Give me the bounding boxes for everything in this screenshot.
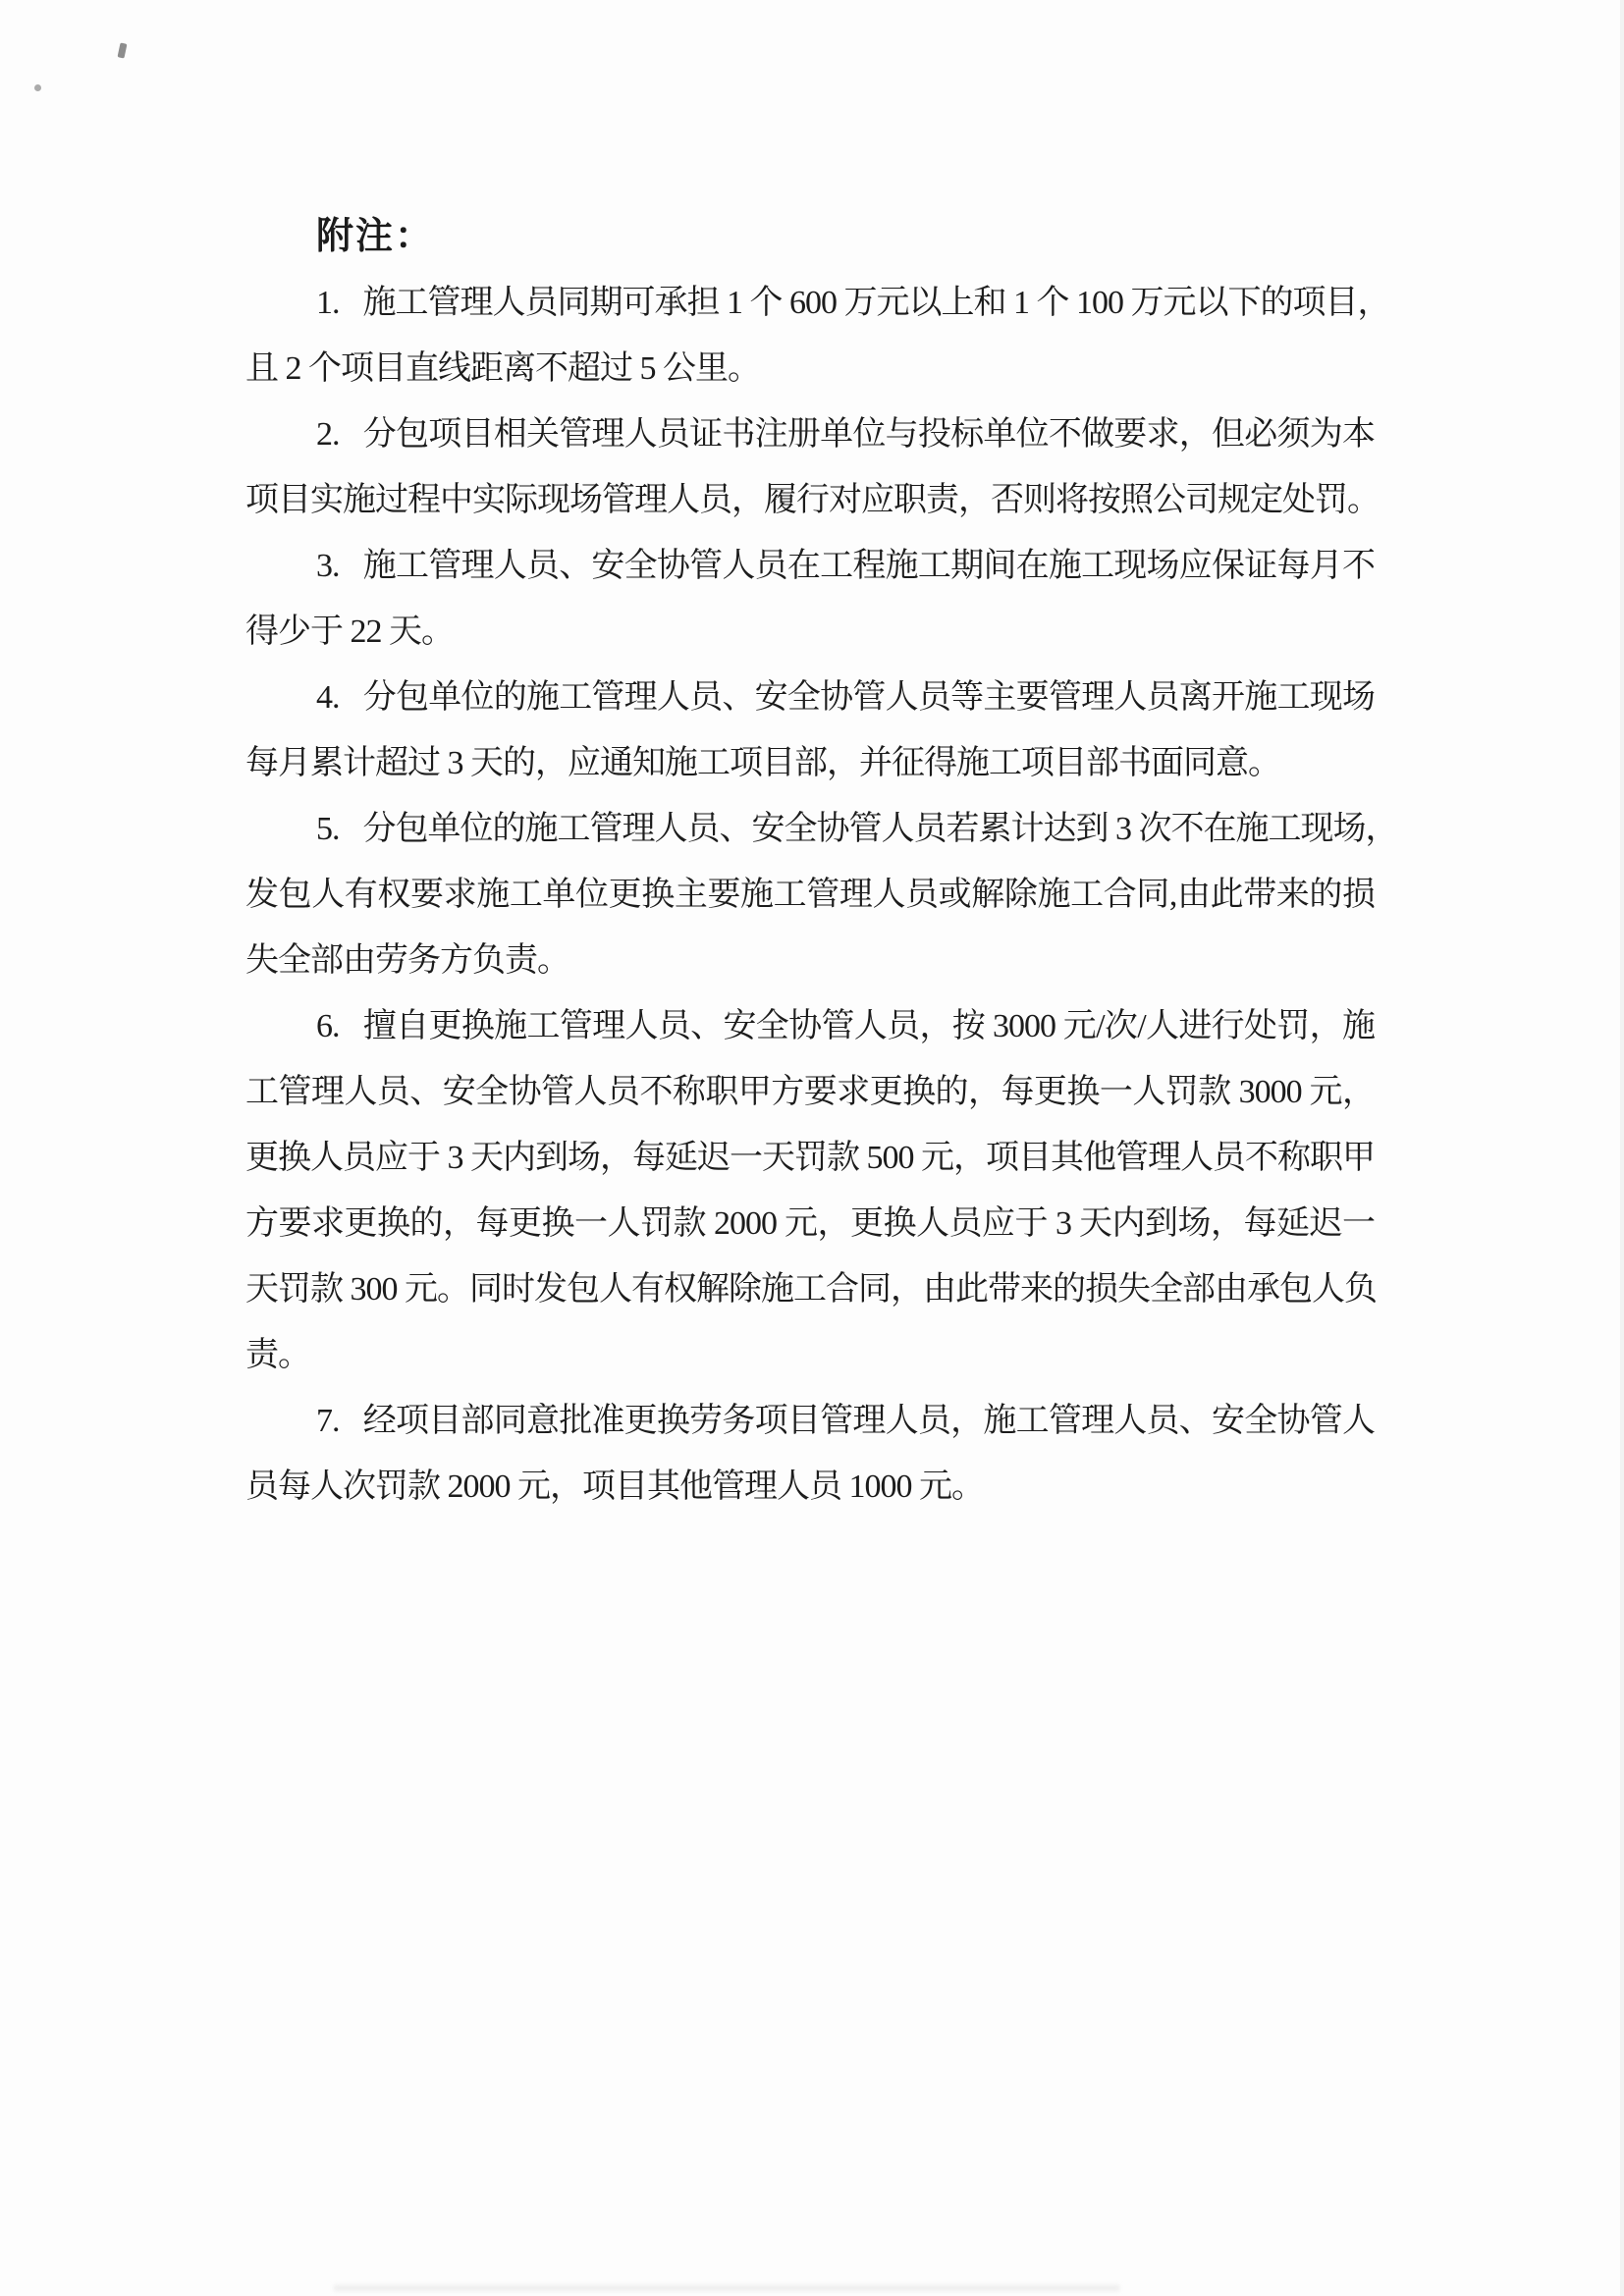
- item-number: 1.: [316, 270, 340, 336]
- item-number: 6.: [316, 993, 340, 1059]
- note-item: 3.施工管理人员、安全协管人员在工程施工期间在施工现场应保证每月不得少于 22 …: [245, 533, 1375, 665]
- note-line: 发包人有权要求施工单位更换主要施工管理人员或解除施工合同,由此带来的损: [245, 862, 1375, 928]
- note-line: 得少于 22 天。: [245, 599, 1375, 665]
- note-line: 且 2 个项目直线距离不超过 5 公里。: [245, 336, 1375, 401]
- note-line: 责。: [245, 1322, 1375, 1388]
- notes-list: 1.施工管理人员同期可承担 1 个 600 万元以上和 1 个 100 万元以下…: [245, 270, 1375, 1520]
- note-line: 方要求更换的，每更换一人罚款 2000 元，更换人员应于 3 天内到场，每延迟一: [245, 1191, 1375, 1256]
- scanned-document-page: 附注： 1.施工管理人员同期可承担 1 个 600 万元以上和 1 个 100 …: [0, 0, 1624, 2296]
- note-line: 2.分包项目相关管理人员证书注册单位与投标单位不做要求，但必须为本: [245, 401, 1375, 467]
- note-item: 2.分包项目相关管理人员证书注册单位与投标单位不做要求，但必须为本项目实施过程中…: [245, 401, 1375, 533]
- scan-edge-shadow: [1620, 0, 1624, 2296]
- note-item: 7.经项目部同意批准更换劳务项目管理人员，施工管理人员、安全协管人员每人次罚款 …: [245, 1388, 1375, 1520]
- note-line: 1.施工管理人员同期可承担 1 个 600 万元以上和 1 个 100 万元以下…: [245, 270, 1375, 336]
- note-line: 5.分包单位的施工管理人员、安全协管人员若累计达到 3 次不在施工现场，: [245, 796, 1375, 862]
- note-line: 更换人员应于 3 天内到场，每延迟一天罚款 500 元，项目其他管理人员不称职甲: [245, 1125, 1375, 1191]
- note-line: 3.施工管理人员、安全协管人员在工程施工期间在施工现场应保证每月不: [245, 533, 1375, 599]
- note-item: 6.擅自更换施工管理人员、安全协管人员，按 3000 元/次/人进行处罚，施工管…: [245, 993, 1375, 1388]
- scan-speck: [34, 84, 41, 91]
- notes-section: 附注： 1.施工管理人员同期可承担 1 个 600 万元以上和 1 个 100 …: [245, 204, 1375, 1520]
- note-line: 4.分包单位的施工管理人员、安全协管人员等主要管理人员离开施工现场: [245, 665, 1375, 730]
- note-line: 工管理人员、安全协管人员不称职甲方要求更换的，每更换一人罚款 3000 元，: [245, 1059, 1375, 1125]
- note-line: 6.擅自更换施工管理人员、安全协管人员，按 3000 元/次/人进行处罚，施: [245, 993, 1375, 1059]
- note-line: 员每人次罚款 2000 元，项目其他管理人员 1000 元。: [245, 1454, 1375, 1520]
- note-line: 天罚款 300 元。同时发包人有权解除施工合同，由此带来的损失全部由承包人负: [245, 1256, 1375, 1322]
- note-line: 失全部由劳务方负责。: [245, 928, 1375, 993]
- item-number: 5.: [316, 796, 340, 862]
- note-line: 7.经项目部同意批准更换劳务项目管理人员，施工管理人员、安全协管人: [245, 1388, 1375, 1454]
- item-number: 3.: [316, 533, 340, 599]
- notes-heading: 附注：: [245, 204, 1375, 270]
- note-line: 每月累计超过 3 天的，应通知施工项目部，并征得施工项目部书面同意。: [245, 730, 1375, 796]
- scan-speck: [118, 42, 128, 58]
- item-number: 7.: [316, 1388, 340, 1454]
- item-number: 2.: [316, 401, 340, 467]
- note-item: 4.分包单位的施工管理人员、安全协管人员等主要管理人员离开施工现场每月累计超过 …: [245, 665, 1375, 796]
- note-line: 项目实施过程中实际现场管理人员，履行对应职责，否则将按照公司规定处罚。: [245, 467, 1375, 533]
- item-number: 4.: [316, 665, 340, 730]
- scan-bottom-shadow: [334, 2285, 1119, 2291]
- note-item: 5.分包单位的施工管理人员、安全协管人员若累计达到 3 次不在施工现场，发包人有…: [245, 796, 1375, 993]
- note-item: 1.施工管理人员同期可承担 1 个 600 万元以上和 1 个 100 万元以下…: [245, 270, 1375, 401]
